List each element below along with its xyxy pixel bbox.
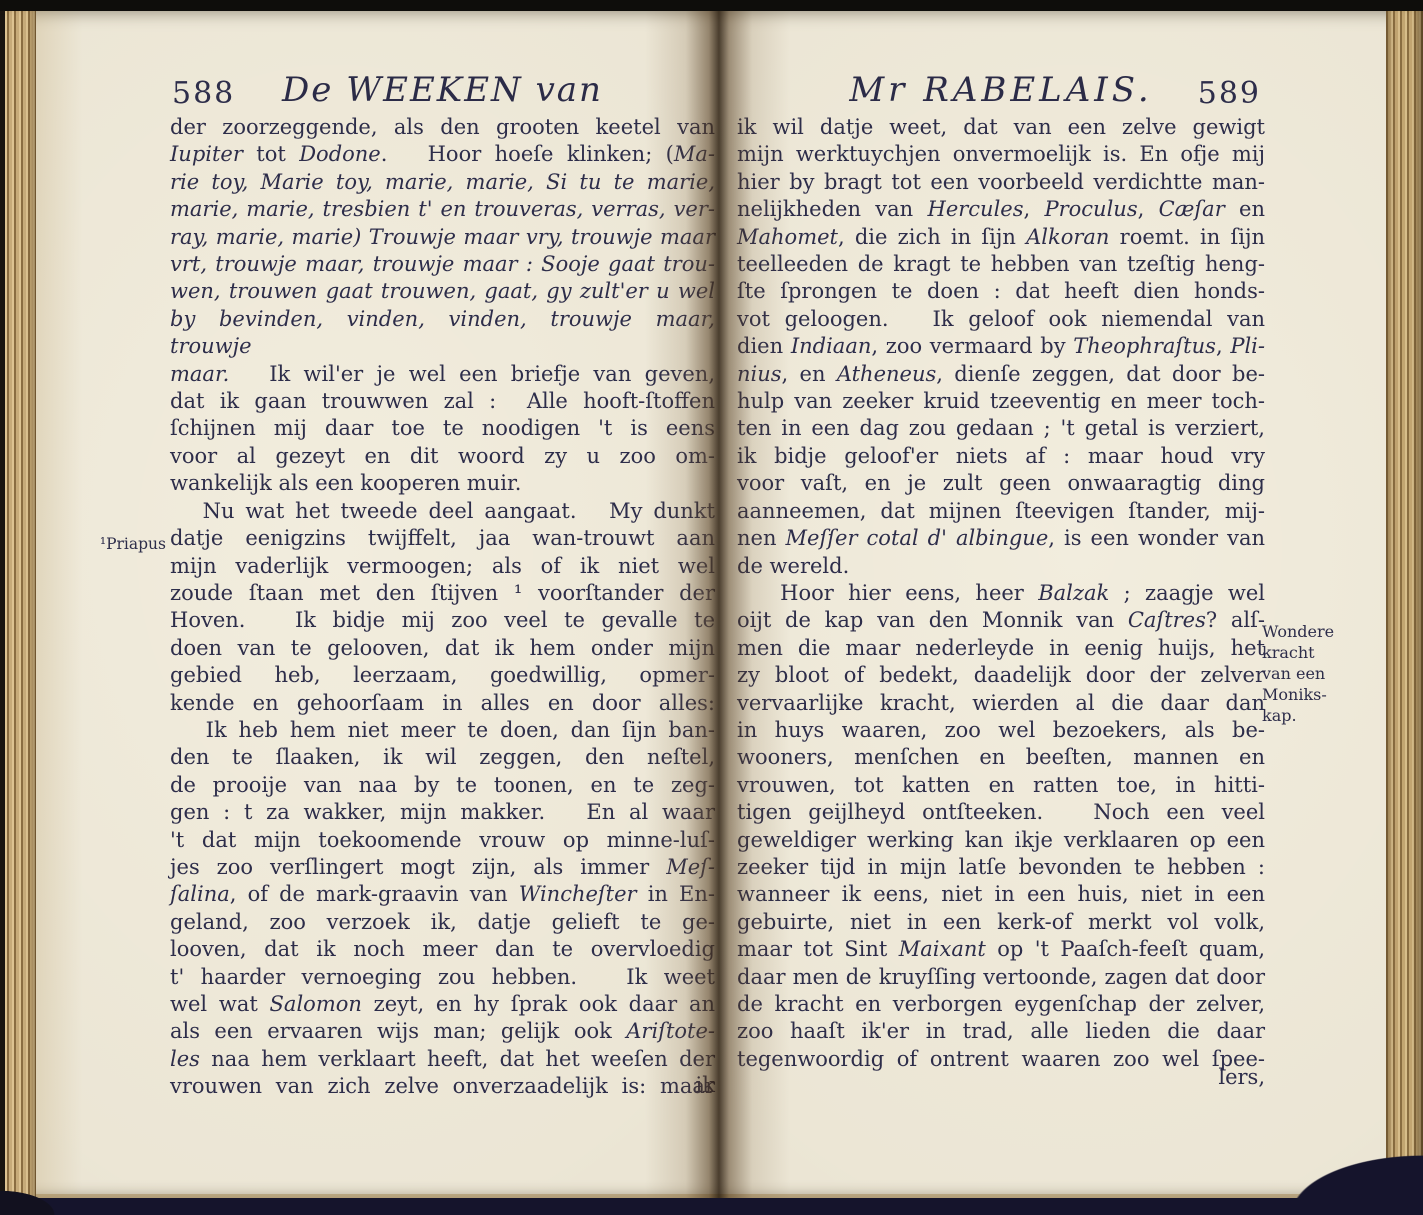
text-line: Wondere: [1262, 621, 1362, 642]
text-line: geland, zoo verzoek ik, datje gelieft te…: [170, 909, 715, 936]
text-line: wankelijk als een kooperen muir.: [170, 470, 715, 497]
page-edges-right: [1386, 10, 1423, 1200]
text-line: men die maar nederleyde in eenig huijs, …: [737, 635, 1265, 662]
text-line: oijt de kap van den Monnik van Caſtres? …: [737, 607, 1265, 634]
text-line: der zoorzeggende, als den grooten keetel…: [170, 114, 715, 141]
page-number-left: 588: [172, 76, 235, 111]
photo-top-shadow: [0, 0, 1423, 11]
text-line: ray, marie, marie) Trouwje maar vry, tro…: [170, 224, 715, 251]
text-line: de kracht en verborgen eygenſchap der ze…: [737, 991, 1265, 1018]
page-number-right: 589: [1198, 76, 1261, 111]
page-left: 588 De WEEKEN van der zoorzeggende, als …: [36, 10, 700, 1200]
text-line: ik wil datje weet, dat van een zelve gew…: [737, 114, 1265, 141]
text-line: kende en gehoorſaam in alles en door all…: [170, 690, 715, 717]
catchword-right: lers,: [737, 1065, 1265, 1089]
text-line: jes zoo verſlingert mogt zijn, als immer…: [170, 854, 715, 881]
book-photo: 588 De WEEKEN van der zoorzeggende, als …: [0, 0, 1423, 1215]
text-line: tigen geijlheyd ontſteeken. Noch een vee…: [737, 799, 1265, 826]
text-line: mijn vaderlijk vermoogen; als of ik niet…: [170, 553, 715, 580]
text-line: teelleeden de kragt te hebben van tzeſti…: [737, 251, 1265, 278]
text-line: wel wat Salomon zeyt, en hy ſprak ook da…: [170, 991, 715, 1018]
text-line: ſchijnen mij daar toe te noodigen 't is …: [170, 415, 715, 442]
text-line: hulp van zeeker kruid tzeeventig en meer…: [737, 388, 1265, 415]
text-line: ik bidje geloof'er niets af : maar houd …: [737, 443, 1265, 470]
margin-note-left: ¹Priapus: [82, 534, 166, 555]
text-line: wooners, menſchen en beeſten, mannen en: [737, 744, 1265, 771]
text-line: Moniks-: [1262, 684, 1362, 705]
text-line: nelijkheden van Hercules, Proculus, Cæſa…: [737, 196, 1265, 223]
page-header-left: 588 De WEEKEN van: [170, 70, 715, 116]
page-edges-left: [0, 10, 36, 1200]
open-book: 588 De WEEKEN van der zoorzeggende, als …: [0, 10, 1423, 1200]
text-line: t' haarder vernoeging zou hebben. Ik wee…: [170, 964, 715, 991]
text-line: vrt, trouwje maar, trouwje maar : Sooje …: [170, 251, 715, 278]
text-line: voor vaſt, en je zult geen onwaaragtig d…: [737, 470, 1265, 497]
photo-bottom-shadow: [0, 1198, 1423, 1215]
photo-corner-shadow-bottom-left: [0, 1175, 90, 1215]
text-line: ſte ſprongen te doen : dat heeft dien ho…: [737, 278, 1265, 305]
text-line: hier by bragt tot een voorbeeld verdicht…: [737, 169, 1265, 196]
margin-note-right: Wonderekrachtvan eenMoniks-kap.: [1262, 621, 1362, 726]
text-line: voor al gezeyt en dit woord zy u zoo om-: [170, 443, 715, 470]
text-line: datje eenigzins twijffelt, jaa wan-trouw…: [170, 525, 715, 552]
text-line: de wereld.: [737, 553, 1265, 580]
text-line: vrouwen, tot katten en ratten toe, in hi…: [737, 772, 1265, 799]
text-line: Iupiter tot Dodone. Hoor hoeſe klinken; …: [170, 141, 715, 168]
page-header-right: Mr RABELAIS. 589: [737, 70, 1265, 116]
text-line: zy bloot of bedekt, daadelijk door der z…: [737, 662, 1265, 689]
text-line: looven, dat ik noch meer dan te overvloe…: [170, 936, 715, 963]
text-line: wen, trouwen gaat trouwen, gaat, gy zult…: [170, 278, 715, 305]
text-line: Nu wat het tweede deel aangaat. My dunkt: [170, 498, 715, 525]
text-line: van een: [1262, 663, 1362, 684]
catchword-left: ik: [170, 1073, 715, 1097]
body-text-right: ik wil datje weet, dat van een zelve gew…: [737, 114, 1265, 1073]
text-line: gebied heb, leerzaam, goedwillig, opmer-: [170, 662, 715, 689]
text-line: mijn werktuychjen onvermoelijk is. En of…: [737, 141, 1265, 168]
text-line: kracht: [1262, 642, 1362, 663]
text-line: zoude ſtaan met den ſtijven ¹ voorſtande…: [170, 580, 715, 607]
text-line: dat ik gaan trouwwen zal : Alle hooft-ſt…: [170, 388, 715, 415]
text-line: daar men de kruyſſing vertoonde, zagen d…: [737, 964, 1265, 991]
running-title-left: De WEEKEN van: [170, 70, 715, 110]
text-line: doen van te gelooven, dat ik hem onder m…: [170, 635, 715, 662]
text-line: ſalina, of de mark-graavin van Wincheſte…: [170, 881, 715, 908]
text-line: gebuirte, niet in een kerk-of merkt vol …: [737, 909, 1265, 936]
text-line: Mahomet, die zich in ſijn Alkoran roemt.…: [737, 224, 1265, 251]
text-line: zeeker tijd in mijn latſe bevonden te he…: [737, 854, 1265, 881]
text-line: rie toy, Marie toy, marie, marie, Si tu …: [170, 169, 715, 196]
text-line: Hoor hier eens, heer Balzak ; zaagje wel: [737, 580, 1265, 607]
page-right: Mr RABELAIS. 589 ik wil datje weet, dat …: [700, 10, 1386, 1200]
text-line: gen : t za wakker, mijn makker. En al wa…: [170, 799, 715, 826]
text-line: wanneer ik eens, niet in een huis, niet …: [737, 881, 1265, 908]
text-line: ten in een dag zou gedaan ; 't getal is …: [737, 415, 1265, 442]
text-line: les naa hem verklaart heeft, dat het wee…: [170, 1046, 715, 1073]
text-line: Ik heb hem niet meer te doen, dan ſijn b…: [170, 717, 715, 744]
text-line: de prooije van naa by te toonen, en te z…: [170, 772, 715, 799]
running-title-right: Mr RABELAIS.: [737, 70, 1265, 110]
text-line: den te ſlaaken, ik wil zeggen, den neſte…: [170, 744, 715, 771]
body-text-left: der zoorzeggende, als den grooten keetel…: [170, 114, 715, 1101]
text-line: als een ervaaren wijs man; gelijk ook Ar…: [170, 1018, 715, 1045]
text-line: Hoven. Ik bidje mij zoo veel te gevalle …: [170, 607, 715, 634]
text-line: dien Indiaan, zoo vermaard by Theophraſt…: [737, 333, 1265, 360]
text-line: maar. Ik wil'er je wel een briefje van g…: [170, 361, 715, 388]
text-line: in huys waaren, zoo wel bezoekers, als b…: [737, 717, 1265, 744]
text-line: aanneemen, dat mijnen ſteevigen ſtander,…: [737, 498, 1265, 525]
text-line: vervaarlijke kracht, wierden al die daar…: [737, 690, 1265, 717]
photo-corner-shadow-bottom-right: [1213, 1120, 1423, 1215]
text-line: by bevinden, vinden, vinden, trouwje maa…: [170, 306, 715, 361]
text-line: zoo haaſt ik'er in trad, alle lieden die…: [737, 1018, 1265, 1045]
text-line: marie, marie, tresbien t' en trouveras, …: [170, 196, 715, 223]
text-line: maar tot Sint Maixant op 't Paaſch-feeſt…: [737, 936, 1265, 963]
text-line: kap.: [1262, 705, 1362, 726]
text-line: nen Meſſer cotal d' albingue, is een won…: [737, 525, 1265, 552]
text-line: vot geloogen. Ik geloof ook niemendal va…: [737, 306, 1265, 333]
text-line: 't dat mijn toekoomende vrouw op minne-l…: [170, 827, 715, 854]
text-line: nius, en Atheneus, dienſe zeggen, dat do…: [737, 361, 1265, 388]
text-line: geweldiger werking kan ikje verklaaren o…: [737, 827, 1265, 854]
